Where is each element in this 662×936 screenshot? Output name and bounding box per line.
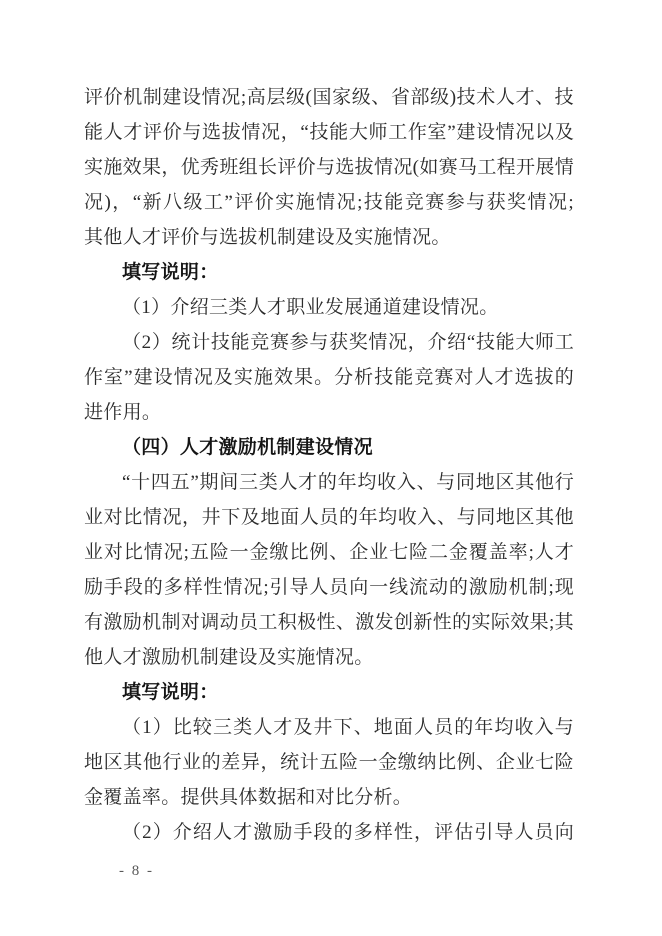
text-line: 业对比情况，井下及地面人员的年均收入、与同地区其他行	[84, 500, 574, 535]
text-line: 作室”建设情况及实施效果。分析技能竞赛对人才选拔的促	[84, 360, 574, 395]
text-line: 能人才评价与选拔情况，“技能大师工作室”建设情况以及	[84, 115, 574, 150]
text-line: （1）介绍三类人才职业发展通道建设情况。	[84, 290, 574, 325]
text-line: “十四五”期间三类人才的年均收入、与同地区其他行	[84, 465, 574, 500]
document-text-block: 评价机制建设情况;高层级(国家级、省部级)技术人才、技能人才评价与选拔情况，“技…	[84, 80, 574, 850]
text-line: 进作用。	[84, 395, 574, 430]
text-line: 他人才激励机制建设及实施情况。	[84, 640, 574, 675]
heading-line: 填写说明：	[84, 675, 574, 710]
text-line: （2）介绍人才激励手段的多样性，评估引导人员向一	[84, 815, 574, 850]
page-number: - 8 -	[119, 862, 154, 880]
text-line: 业对比情况;五险一金缴比例、企业七险二金覆盖率;人才激	[84, 535, 574, 570]
text-line: 地区其他行业的差异，统计五险一金缴纳比例、企业七险二	[84, 745, 574, 780]
text-line: 有激励机制对调动员工积极性、激发创新性的实际效果;其	[84, 605, 574, 640]
text-line: 金覆盖率。提供具体数据和对比分析。	[84, 780, 574, 815]
text-line: 实施效果，优秀班组长评价与选拔情况(如赛马工程开展情	[84, 150, 574, 185]
heading-line: （四）人才激励机制建设情况	[84, 430, 574, 465]
text-line: （2）统计技能竞赛参与获奖情况，介绍“技能大师工	[84, 325, 574, 360]
text-line: （1）比较三类人才及井下、地面人员的年均收入与同	[84, 710, 574, 745]
heading-line: 填写说明：	[84, 255, 574, 290]
text-line: 况)，“新八级工”评价实施情况;技能竞赛参与获奖情况;	[84, 185, 574, 220]
text-line: 其他人才评价与选拔机制建设及实施情况。	[84, 220, 574, 255]
text-line: 励手段的多样性情况;引导人员向一线流动的激励机制;现	[84, 570, 574, 605]
document-page: 评价机制建设情况;高层级(国家级、省部级)技术人才、技能人才评价与选拔情况，“技…	[0, 0, 662, 936]
text-line: 评价机制建设情况;高层级(国家级、省部级)技术人才、技	[84, 80, 574, 115]
